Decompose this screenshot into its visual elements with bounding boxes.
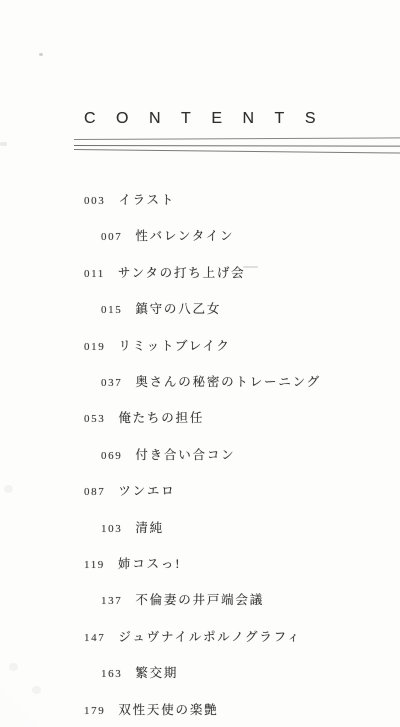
scanned-contents-page: CONTENTS 003イラスト007性バレンタイン011サンタの打ち上げ会01… — [0, 0, 400, 727]
toc-title: ツンエロ — [118, 481, 175, 499]
toc-title: 性バレンタイン — [135, 226, 234, 244]
toc-row: 007性バレンタイン — [101, 226, 234, 245]
toc-page-number: 007 — [101, 231, 122, 243]
toc-row: 147ジュヴナイルポルノグラフィ — [84, 627, 301, 646]
paper-speck — [39, 53, 43, 56]
toc-title: イラスト — [118, 190, 175, 208]
toc-row: 137不倫妻の井戸端会議 — [101, 590, 264, 609]
toc-row: 179双性天使の楽艶 — [84, 700, 218, 719]
toc-row: 069付き合い合コン — [101, 445, 235, 464]
toc-title: 双性天使の楽艶 — [118, 700, 218, 718]
header-rule-top — [74, 137, 400, 140]
toc-row: 119姉コスっ! — [84, 554, 181, 573]
toc-title: リミットブレイク — [118, 336, 230, 354]
paper-speck — [9, 663, 18, 671]
toc-page-number: 037 — [101, 377, 122, 389]
toc-page-number: 163 — [101, 668, 122, 680]
toc-row: 019リミットブレイク — [84, 336, 231, 355]
toc-page-number: 003 — [84, 195, 105, 207]
toc-row: 163繁交期 — [101, 663, 178, 682]
toc-title: 姉コスっ! — [118, 554, 181, 572]
toc-row: 103清純 — [101, 518, 164, 537]
toc-page-number: 179 — [84, 705, 105, 717]
toc-title: ジュヴナイルポルノグラフィ — [118, 627, 301, 645]
toc-row: 087ツンエロ — [84, 481, 176, 500]
toc-page-number: 019 — [84, 341, 105, 353]
toc-page-number: 137 — [101, 595, 122, 607]
toc-title: 繁交期 — [135, 663, 178, 681]
toc-title: 不倫妻の井戸端会議 — [135, 590, 264, 608]
toc-page-number: 087 — [84, 486, 105, 498]
toc-row: 011サンタの打ち上げ会 — [84, 263, 245, 282]
header-rule-bottom — [74, 149, 400, 154]
toc-row: 003イラスト — [84, 190, 175, 209]
toc-page-number: 069 — [101, 450, 122, 462]
toc-page-number: 011 — [84, 268, 105, 280]
toc-title: サンタの打ち上げ会 — [118, 263, 246, 281]
toc-row: 037奥さんの秘密のトレーニング — [101, 372, 321, 391]
paper-speck — [4, 485, 13, 493]
toc-page-number: 103 — [101, 523, 122, 535]
header-rule-middle — [74, 145, 400, 147]
paper-speck — [0, 142, 7, 146]
toc-title: 鎮守の八乙女 — [135, 299, 221, 317]
toc-title: 奥さんの秘密のトレーニング — [135, 372, 321, 390]
toc-row: 015鎮守の八乙女 — [101, 299, 221, 318]
toc-page-number: 015 — [101, 304, 122, 316]
toc-page-number: 119 — [84, 559, 105, 571]
toc-title: 付き合い合コン — [135, 445, 235, 463]
toc-title: 清純 — [135, 518, 164, 536]
toc-page-number: 053 — [84, 413, 105, 425]
toc-title: 俺たちの担任 — [118, 408, 204, 426]
page-title: CONTENTS — [84, 110, 336, 128]
toc-page-number: 147 — [84, 632, 105, 644]
toc-row: 053俺たちの担任 — [84, 408, 204, 427]
paper-speck — [32, 686, 41, 694]
